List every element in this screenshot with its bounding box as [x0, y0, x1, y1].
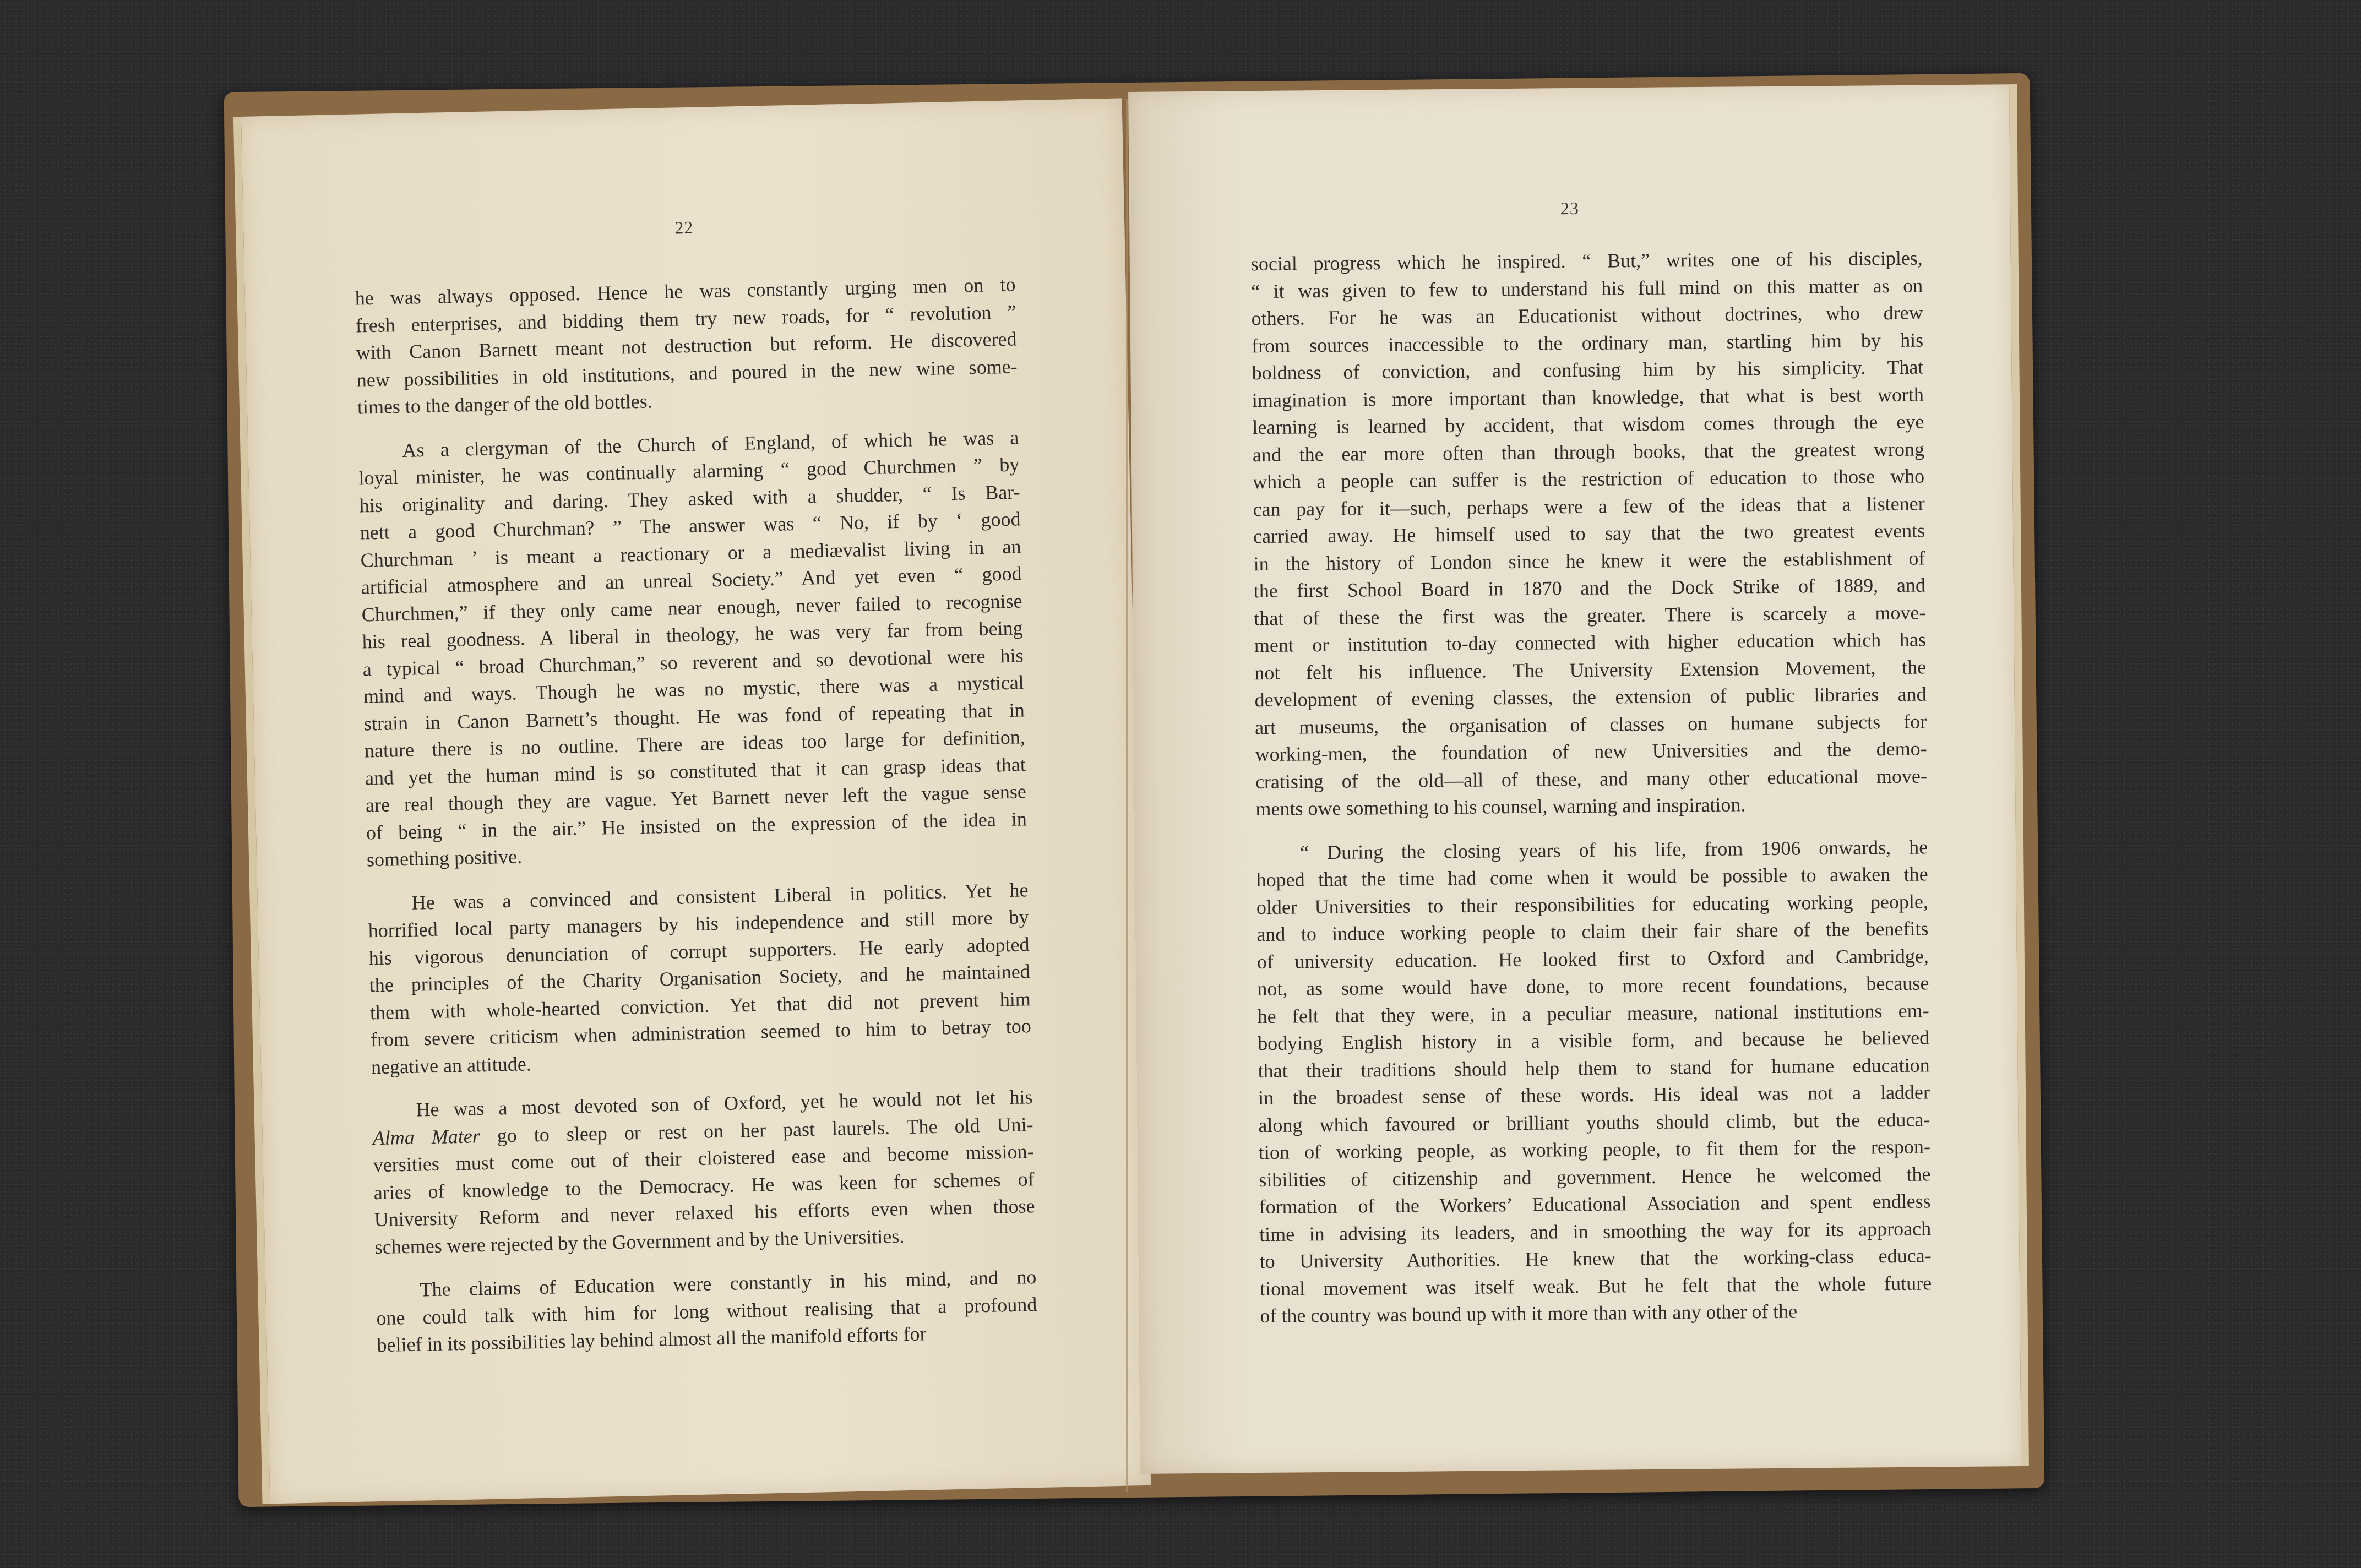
right-page-body: social progress which he inspired. “ But… — [1251, 245, 1932, 1347]
book-spine-gutter — [1126, 99, 1128, 1492]
left-page: 22 he was always opposed. Hence he was c… — [233, 98, 1151, 1504]
paragraph: The claims of Education were constantly … — [376, 1264, 1038, 1359]
left-page-body: he was always opposed. Hence he was cons… — [355, 271, 1038, 1375]
paragraph: As a clergyman of the Church of England,… — [358, 424, 1027, 874]
text-line: of the country was bound up with it more… — [1260, 1297, 1932, 1330]
text-line: ments owe something to his counsel, warn… — [1255, 790, 1927, 823]
page-number-right: 23 — [1129, 194, 2010, 222]
paragraph: He was a convinced and consistent Libera… — [367, 876, 1032, 1081]
paragraph: He was a most devoted son of Oxford, yet… — [372, 1084, 1036, 1261]
paragraph: social progress which he inspired. “ But… — [1251, 245, 1928, 823]
right-page: 23 social progress which he inspired. “ … — [1128, 84, 2029, 1474]
paragraph: he was always opposed. Hence he was cons… — [355, 271, 1018, 421]
paragraph: “ During the closing years of his life, … — [1256, 834, 1932, 1330]
page-number-left: 22 — [243, 208, 1124, 247]
